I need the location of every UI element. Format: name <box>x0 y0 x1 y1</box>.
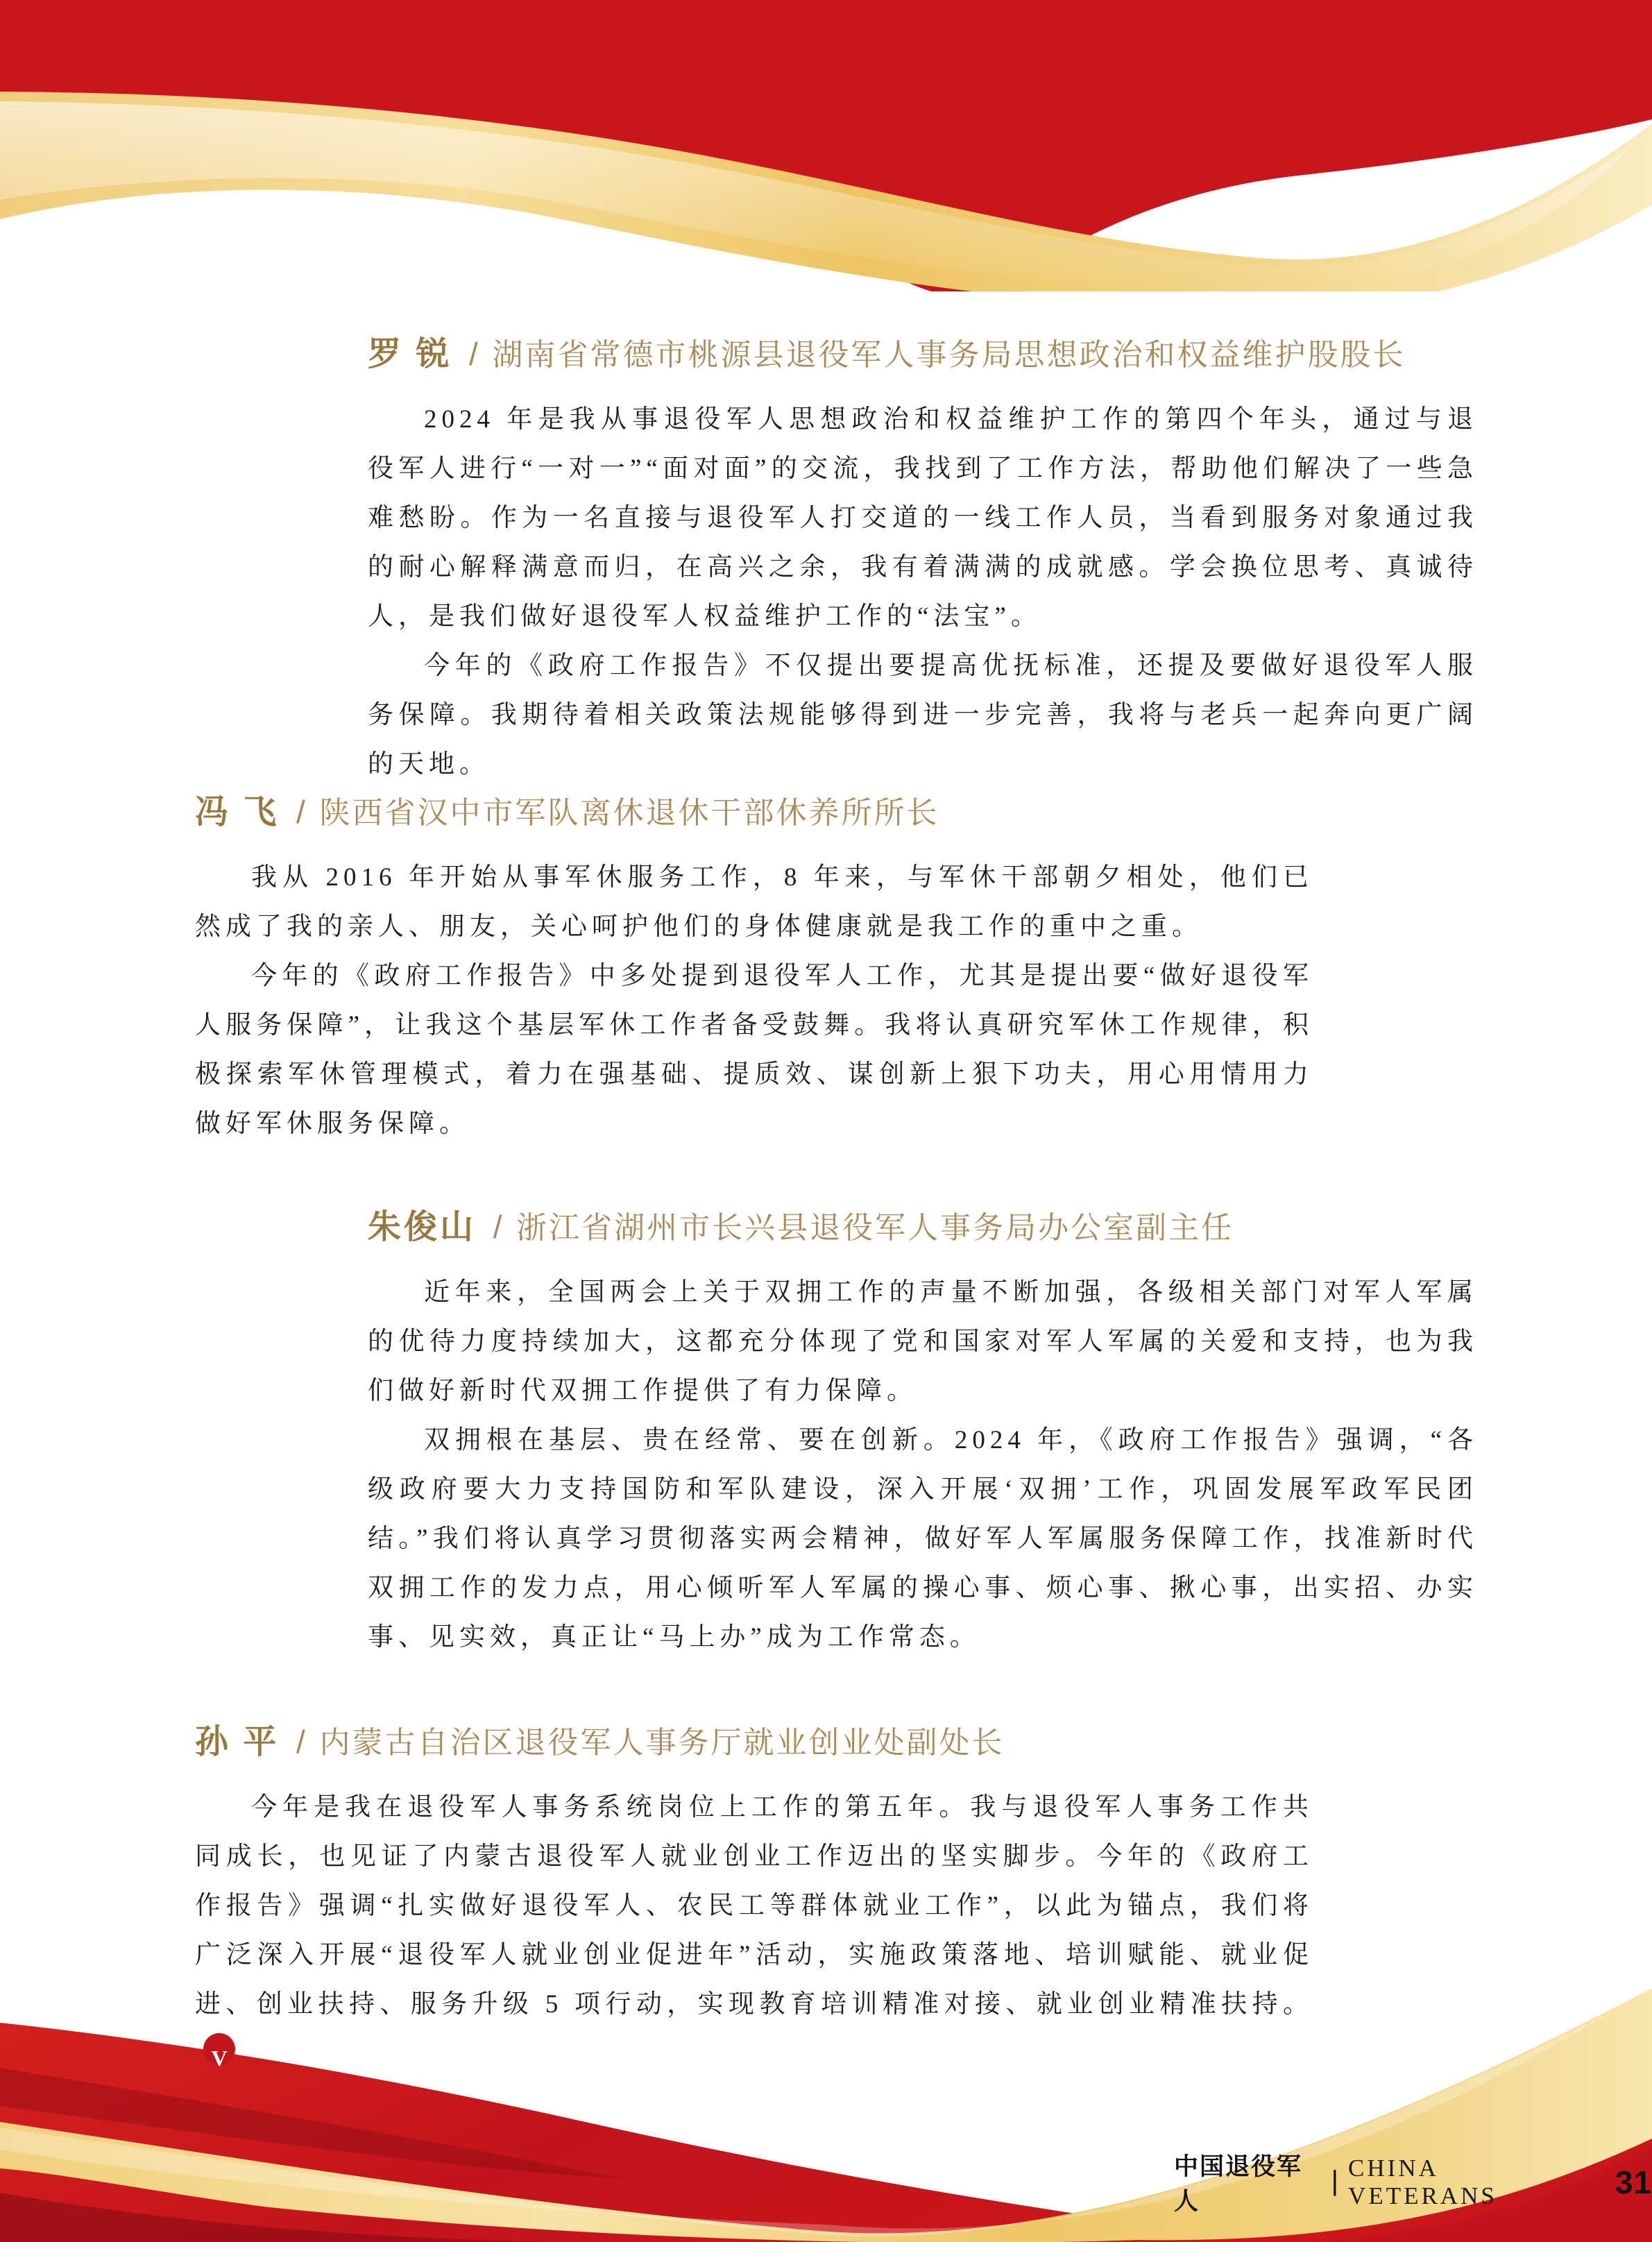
speaker-title: 湖南省常德市桃源县退役军人事务局思想政治和权益维护股股长 <box>492 338 1405 372</box>
speaker-title: 内蒙古自治区退役军人事务厅就业创业处副处长 <box>319 1726 1004 1760</box>
footer-divider: | <box>1331 2166 1338 2197</box>
section-body: 今年是我在退役军人事务系统岗位上工作的第五年。我与退役军人事务工作共同成长，也见… <box>195 1783 1313 2078</box>
section-heading: 罗 锐 / 湖南省常德市桃源县退役军人事务局思想政治和权益维护股股长 <box>368 332 1478 382</box>
interview-section-zhu-junshan: 朱俊山 / 浙江省湖州市长兴县退役军人事务局办公室副主任 近年来，全国两会上关于… <box>368 1205 1478 1662</box>
speaker-name: 孙 平 <box>195 1724 279 1760</box>
section-heading: 朱俊山 / 浙江省湖州市长兴县退役军人事务局办公室副主任 <box>368 1205 1478 1255</box>
section-body: 2024 年是我从事退役军人思想政治和权益维护工作的第四个年头，通过与退役军人进… <box>368 395 1478 789</box>
magazine-title-en: CHINA VETERANS <box>1348 2155 1585 2210</box>
interview-section-sun-ping: 孙 平 / 内蒙古自治区退役军人事务厅就业创业处副处长 今年是我在退役军人事务系… <box>195 1719 1313 2078</box>
page-footer: 中国退役军人 | CHINA VETERANS 31 <box>1174 2164 1652 2201</box>
paragraph: 今年的《政府工作报告》不仅提出要提高优抚标准，还提及要做好退役军人服务保障。我期… <box>368 641 1478 789</box>
heading-slash: / <box>469 336 478 372</box>
section-body: 近年来，全国两会上关于双拥工作的声量不断加强，各级相关部门对军人军属的优待力度持… <box>368 1268 1478 1662</box>
paragraph: 近年来，全国两会上关于双拥工作的声量不断加强，各级相关部门对军人军属的优待力度持… <box>368 1268 1478 1416</box>
section-heading: 冯 飞 / 陕西省汉中市军队离休退休干部休养所所长 <box>195 790 1313 840</box>
interview-section-feng-fei: 冯 飞 / 陕西省汉中市军队离休退休干部休养所所长 我从 2016 年开始从事军… <box>195 790 1313 1148</box>
speaker-name: 罗 锐 <box>368 336 452 373</box>
page-number: 31 <box>1615 2164 1652 2201</box>
top-ribbon-banner <box>0 0 1652 291</box>
article-end-mark-badge: V <box>203 2033 235 2065</box>
paragraph: 今年的《政府工作报告》中多处提到退役军人工作，尤其是提出要“做好退役军人服务保障… <box>195 951 1313 1148</box>
end-mark-letter: V <box>211 2046 227 2071</box>
heading-slash: / <box>296 1724 305 1760</box>
heading-slash: / <box>493 1209 502 1245</box>
magazine-page: 罗 锐 / 湖南省常德市桃源县退役军人事务局思想政治和权益维护股股长 2024 … <box>0 0 1652 2242</box>
speaker-name: 朱俊山 <box>368 1209 476 1246</box>
paragraph: 今年是我在退役军人事务系统岗位上工作的第五年。我与退役军人事务工作共同成长，也见… <box>195 1783 1313 2078</box>
section-body: 我从 2016 年开始从事军休服务工作，8 年来，与军休干部朝夕相处，他们已然成… <box>195 853 1313 1148</box>
speaker-title: 陕西省汉中市军队离休退休干部休养所所长 <box>319 796 939 830</box>
speaker-title: 浙江省湖州市长兴县退役军人事务局办公室副主任 <box>516 1211 1234 1245</box>
paragraph: 双拥根在基层、贵在经常、要在创新。2024 年，《政府工作报告》强调，“各级政府… <box>368 1416 1478 1662</box>
paragraph-text: 今年是我在退役军人事务系统岗位上工作的第五年。我与退役军人事务工作共同成长，也见… <box>195 1793 1313 2019</box>
magazine-title-cn: 中国退役军人 <box>1174 2148 1322 2217</box>
speaker-name: 冯 飞 <box>195 794 279 831</box>
paragraph: 我从 2016 年开始从事军休服务工作，8 年来，与军休干部朝夕相处，他们已然成… <box>195 853 1313 951</box>
interview-section-luo-rui: 罗 锐 / 湖南省常德市桃源县退役军人事务局思想政治和权益维护股股长 2024 … <box>368 332 1478 789</box>
heading-slash: / <box>296 794 305 830</box>
paragraph: 2024 年是我从事退役军人思想政治和权益维护工作的第四个年头，通过与退役军人进… <box>368 395 1478 641</box>
section-heading: 孙 平 / 内蒙古自治区退役军人事务厅就业创业处副处长 <box>195 1719 1313 1770</box>
